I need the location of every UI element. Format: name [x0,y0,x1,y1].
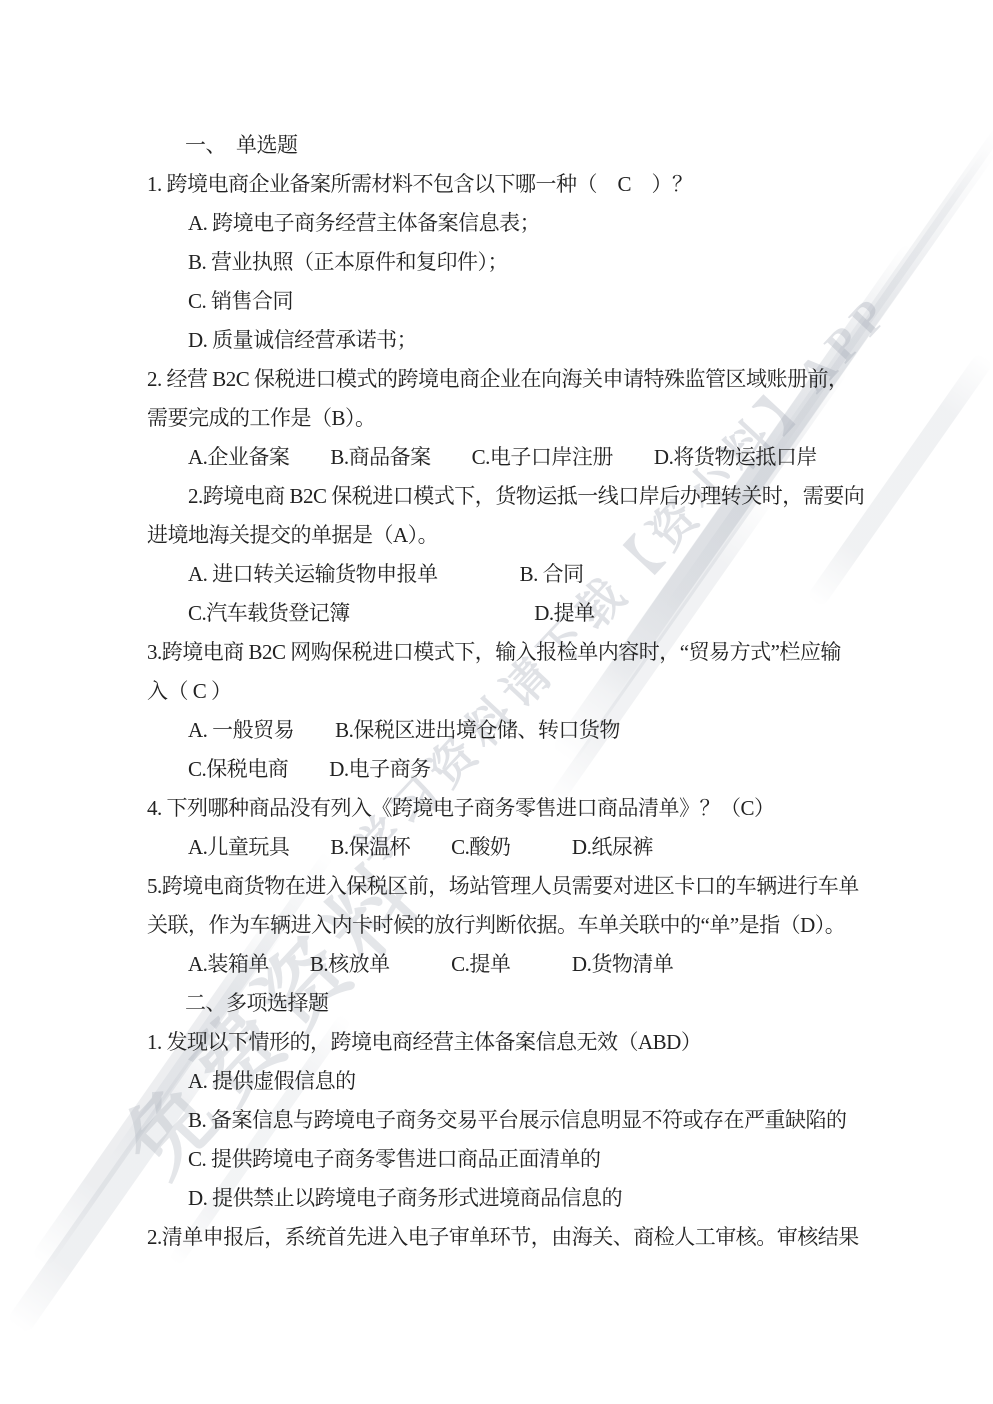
q5-options-row: A.装箱单 B.核放单 C.提单 D.货物清单 [188,945,873,984]
q3-options-row2: C.保税电商 D.电子商务 [188,750,873,789]
q1-stem: 1. 跨境电商企业备案所需材料不包含以下哪一种（ C ）？ [147,165,873,204]
m2-stem: 2.清单申报后，系统首先进入电子审单环节，由海关、商检人工审核。审核结果 [147,1218,873,1257]
q5-stem-line2: 关联，作为车辆进入内卡时候的放行判断依据。车单关联中的“单”是指（D）。 [147,906,873,945]
q1-option-c: C. 销售合同 [188,282,873,321]
q3-options-row1: A. 一般贸易 B.保税区进出境仓储、转口货物 [188,711,873,750]
section-2-title: 二、多项选择题 [185,984,873,1023]
question-sheet: 一、 单选题 1. 跨境电商企业备案所需材料不包含以下哪一种（ C ）？ A. … [0,0,993,1257]
document-page: 学习资料请下载【资小料】APP 免费资料 一、 单选题 1. 跨境电商企业备案所… [0,0,993,1404]
q2-stem-line1: 2. 经营 B2C 保税进口模式的跨境电商企业在向海关申请特殊监管区域账册前， [147,360,873,399]
m1-option-d: D. 提供禁止以跨境电子商务形式进境商品信息的 [188,1179,873,1218]
q4-stem: 4. 下列哪种商品没有列入《跨境电子商务零售进口商品清单》？（C） [147,789,873,828]
q2-stem-line2: 需要完成的工作是（B）。 [147,399,873,438]
m1-option-b: B. 备案信息与跨境电子商务交易平台展示信息明显不符或存在严重缺陷的 [188,1101,873,1140]
q3-stem-line2: 入（ C ） [147,672,873,711]
q3-stem-line1: 3.跨境电商 B2C 网购保税进口模式下，输入报检单内容时，“贸易方式”栏应输 [147,633,873,672]
section-1-title: 一、 单选题 [185,126,873,165]
q2b-options-row1: A. 进口转关运输货物申报单 B. 合同 [188,555,873,594]
m1-option-a: A. 提供虚假信息的 [188,1062,873,1101]
m1-option-c: C. 提供跨境电子商务零售进口商品正面清单的 [188,1140,873,1179]
q1-option-a: A. 跨境电子商务经营主体备案信息表； [188,204,873,243]
q2b-stem-line1: 2.跨境电商 B2C 保税进口模式下，货物运抵一线口岸后办理转关时，需要向 [188,477,873,516]
q4-options-row: A.儿童玩具 B.保温杯 C.酸奶 D.纸尿裤 [188,828,873,867]
q2b-options-row2: C.汽车载货登记簿 D.提单 [188,594,873,633]
q1-option-b: B. 营业执照（正本原件和复印件）； [188,243,873,282]
q2-options-row: A.企业备案 B.商品备案 C.电子口岸注册 D.将货物运抵口岸 [188,438,873,477]
q2b-stem-line2: 进境地海关提交的单据是（A）。 [147,516,873,555]
q1-option-d: D. 质量诚信经营承诺书； [188,321,873,360]
m1-stem: 1. 发现以下情形的，跨境电商经营主体备案信息无效（ABD） [147,1023,873,1062]
q5-stem-line1: 5.跨境电商货物在进入保税区前，场站管理人员需要对进区卡口的车辆进行车单 [147,867,873,906]
